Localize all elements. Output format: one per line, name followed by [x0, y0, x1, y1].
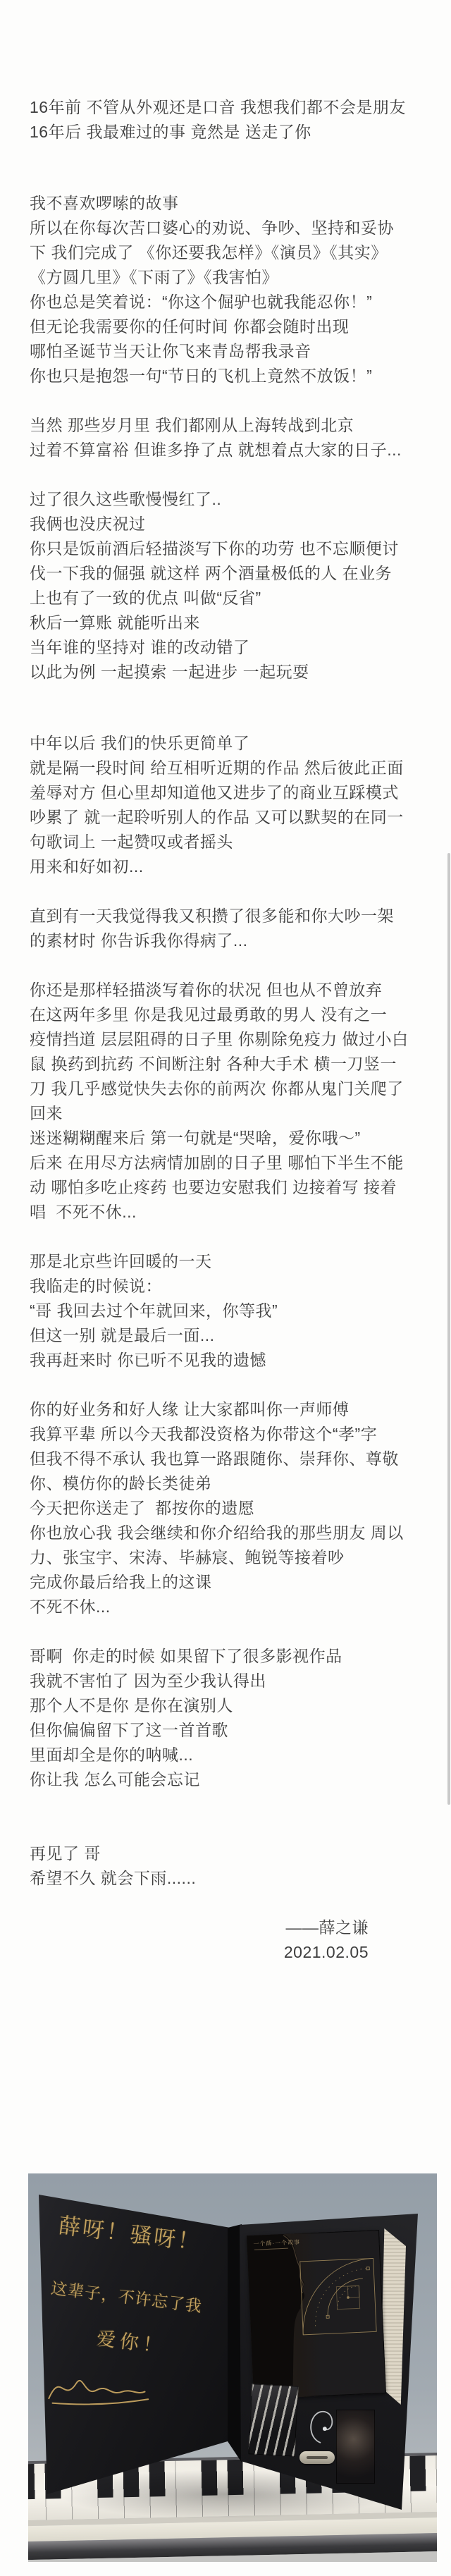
text-line: 你也放心我 我会继续和你介绍给我的那些朋友 周以 [30, 1521, 428, 1545]
text-line: 下 我们完成了 《你还要我怎样》《演员》《其实》 [30, 240, 428, 265]
text-line: 当然 那些岁月里 我们都刚从上海转战到北京 [30, 413, 428, 438]
text-line: 希望不久 就会下雨...... [30, 1866, 428, 1891]
text-line: 鼠 换药到抗药 不间断注射 各种大手术 横一刀竖一 [30, 1052, 428, 1077]
text-line: 直到有一天我觉得我又积攒了很多能和你大吵一架 [30, 904, 428, 928]
text-line: 再见了 哥 [30, 1841, 428, 1866]
text-line: 你的好业务和好人缘 让大家都叫你一声师傅 [30, 1397, 428, 1422]
text-line: 伐一下我的倔强 就这样 两个酒量极低的人 在业务 [30, 561, 428, 586]
text-line: 过了很久这些歌慢慢红了.. [30, 487, 428, 512]
letter-paragraph: 哥啊 你走的时候 如果留下了很多影视作品我就不害怕了 因为至少我认得出那个人不是… [30, 1644, 428, 1792]
text-line: 刀 我几乎感觉快失去你的前两次 你都从鬼门关爬了 [30, 1077, 428, 1101]
signature-date: 2021.02.05 [30, 1940, 369, 1965]
text-line: 回来 [30, 1101, 428, 1126]
text-line: 以此为例 一起摸索 一起进步 一起玩耍 [30, 660, 428, 685]
text-line: 你、模仿你的龄长类徒弟 [30, 1471, 428, 1496]
text-line: 完成你最后给我上的这课 [30, 1570, 428, 1595]
text-line: 上也有了一致的优点 叫做“反省” [30, 586, 428, 611]
signature-name: ——薛之谦 [30, 1915, 369, 1940]
text-line: 中年以后 我们的快乐更简单了 [30, 731, 428, 756]
text-line: 你只是饭前酒后轻描淡写下你的功劳 也不忘顺便讨 [30, 536, 428, 561]
text-line: 16年后 我最难过的事 竟然是 送走了你 [30, 120, 428, 145]
letter-paragraph: 过了很久这些歌慢慢红了..我俩也没庆祝过你只是饭前酒后轻描淡写下你的功劳 也不忘… [30, 487, 428, 685]
text-line: 那个人不是你 是你在演别人 [30, 1693, 428, 1718]
memorial-photo[interactable]: 薛呀！骚呀！ 这辈子，不许忘了我 爱你！ [28, 2173, 437, 2562]
gold-handwriting: 薛呀！骚呀！ 这辈子，不许忘了我 爱你！ [36, 2207, 232, 2430]
plaque-engraving [307, 2456, 328, 2459]
text-line: 16年前 不管从外观还是口音 我想我们都不会是朋友 [30, 95, 428, 120]
text-line: 里面却全是你的呐喊... [30, 1743, 428, 1767]
signature-scribble [42, 2364, 159, 2419]
text-line: 今天把你送走了 都按你的遗愿 [30, 1496, 428, 1521]
text-line: 我算平辈 所以今天我都没资格为你带这个“孝”字 [30, 1422, 428, 1447]
text-line: 不死不休... [30, 1595, 428, 1619]
text-line: 但无论我需要你的任何时间 你都会随时出现 [30, 314, 428, 339]
metal-plaque [299, 2451, 335, 2464]
letter-paragraph: 你还是那样轻描淡写着你的状况 但也从不曾放弃在这两年多里 你是我见过最勇敢的男人… [30, 978, 428, 1225]
letter-paragraph: 你的好业务和好人缘 让大家都叫你一声师傅我算平辈 所以今天我都没资格为你带这个“… [30, 1397, 428, 1619]
text-line: 但这一别 就是最后一面... [30, 1323, 428, 1348]
text-line: 后来 在用尽方法病情加剧的日子里 哪怕下半生不能 [30, 1151, 428, 1175]
text-line: 那是北京些许回暖的一天 [30, 1249, 428, 1274]
text-line: 的素材时 你告诉我你得病了... [30, 928, 428, 953]
text-line: 用来和好如初... [30, 854, 428, 879]
album-cover: 一个薛·一个故事 [247, 2230, 386, 2399]
handwriting-line: 爱你！ [44, 2317, 219, 2365]
text-line: 就是隔一段时间 给互相听近期的作品 然后彼此正面 [30, 756, 428, 780]
text-line: 所以在你每次苦口婆心的劝说、争吵、坚持和妥协 [30, 216, 428, 240]
text-line: 你也只是抱怨一句“节日的飞机上竟然不放饭！” [30, 364, 428, 388]
letter-paragraph: 当然 那些岁月里 我们都刚从上海转战到北京过着不算富裕 但谁多挣了点 就想着点大… [30, 413, 428, 462]
text-line: 过着不算富裕 但谁多挣了点 就想着点大家的日子... [30, 438, 428, 462]
letter-paragraph: 我不喜欢啰嗦的故事所以在你每次苦口婆心的劝说、争吵、坚持和妥协下 我们完成了 《… [30, 191, 428, 388]
letter-paragraph: 中年以后 我们的快乐更简单了就是隔一段时间 给互相听近期的作品 然后彼此正面羞辱… [30, 731, 428, 879]
golden-spiral-graphic [294, 2243, 383, 2352]
text-line: 在这两年多里 你是我见过最勇敢的男人 没有之一 [30, 1002, 428, 1027]
text-line: 哥啊 你走的时候 如果留下了很多影视作品 [30, 1644, 428, 1669]
text-line: 力、张宝宇、宋涛、毕赫宸、鲍锐等接着吵 [30, 1545, 428, 1570]
text-line: 我不喜欢啰嗦的故事 [30, 191, 428, 216]
insert-card-piano [248, 2384, 298, 2456]
insert-card-photo [336, 2410, 375, 2484]
text-line: 我俩也没庆祝过 [30, 512, 428, 536]
text-line: 但我不得不承认 我也算一路跟随你、崇拜你、尊敬 [30, 1447, 428, 1471]
text-line: 迷迷糊糊醒来后 第一句就是“哭啥，爱你哦～” [30, 1126, 428, 1151]
text-line: 羞辱对方 但心里却知道他又进步了的商业互踩模式 [30, 780, 428, 805]
memorial-letter: 16年前 不管从外观还是口音 我想我们都不会是朋友16年后 我最难过的事 竟然是… [30, 95, 428, 1965]
page: { "letter": { "paragraphs": [ {"lines": … [0, 0, 451, 2576]
text-line: 《方圆几里》《下雨了》《我害怕》 [30, 265, 428, 290]
scrollbar-thumb[interactable] [447, 853, 450, 1805]
text-line: 我再赶来时 你已听不见我的遗憾 [30, 1348, 428, 1373]
letter-paragraph: 再见了 哥希望不久 就会下雨...... [30, 1841, 428, 1891]
text-line: 我临走的时候说： [30, 1274, 428, 1299]
text-line: 句歌词上 一起赞叹或者摇头 [30, 830, 428, 854]
text-line: 疫情挡道 层层阻碍的日子里 你剔除免疫力 做过小白 [30, 1027, 428, 1052]
handwriting-line: 这辈子，不许忘了我 [50, 2275, 224, 2319]
text-line: 吵累了 就一起聆听别人的作品 又可以默契的在同一 [30, 805, 428, 830]
letter-paragraph: 直到有一天我觉得我又积攒了很多能和你大吵一架的素材时 你告诉我你得病了... [30, 904, 428, 953]
text-line: 秋后一算账 就能听出来 [30, 611, 428, 635]
text-line: 但你偏偏留下了这一首首歌 [30, 1718, 428, 1743]
letter-paragraph: 16年前 不管从外观还是口音 我想我们都不会是朋友16年后 我最难过的事 竟然是… [30, 95, 428, 145]
letter-signature: ——薛之谦 2021.02.05 [30, 1915, 428, 1965]
earphone-graphic [305, 2405, 336, 2450]
text-line: 你也总是笑着说：“你这个倔驴也就我能忍你！” [30, 290, 428, 314]
text-line: 唱 不死不休... [30, 1200, 428, 1225]
text-line: 你让我 怎么可能会忘记 [30, 1767, 428, 1792]
text-line: 我就不害怕了 因为至少我认得出 [30, 1669, 428, 1693]
letter-paragraph: 那是北京些许回暖的一天我临走的时候说：“哥 我回去过个年就回来，你等我”但这一别… [30, 1249, 428, 1373]
text-line: 当年谁的坚持对 谁的改动错了 [30, 635, 428, 660]
text-line: 动 哪怕多吃止疼药 也要边安慰我们 边接着写 接着 [30, 1175, 428, 1200]
text-line: 你还是那样轻描淡写着你的状况 但也从不曾放弃 [30, 978, 428, 1002]
text-line: “哥 我回去过个年就回来，你等我” [30, 1299, 428, 1323]
text-line: 哪怕圣诞节当天让你飞来青岛帮我录音 [30, 339, 428, 364]
